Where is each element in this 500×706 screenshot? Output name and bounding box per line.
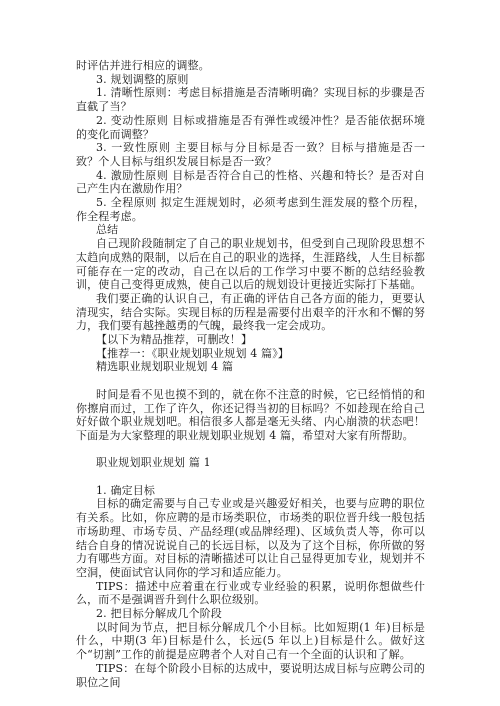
paragraph: 4. 激励性原则 目标是否符合自己的性格、兴趣和特长？是否对自己产生内在激励作用… xyxy=(76,169,425,196)
paragraph: 自己现阶段随制定了自己的职业规划书，但受到自己现阶段思想不太趋向成熟的限制，以后… xyxy=(76,237,425,292)
paragraph: TIPS：描述中应着重在行业或专业经验的积累，说明你想做些什么，而不是强调晋升到… xyxy=(76,580,425,607)
paragraph: 我们要正确的认识自己，有正确的评估自己各方面的能力，更要认清现实，结合实际。实现… xyxy=(76,292,425,333)
blank-line xyxy=(76,470,425,484)
paragraph: 1. 确定目标 xyxy=(76,484,425,498)
paragraph: 【推荐一：《职业规划职业规划 4 篇》】 xyxy=(76,347,425,361)
paragraph: 【以下为精品推荐，可删改！】 xyxy=(76,333,425,347)
paragraph: 3. 一致性原则 主要目标与分目标是否一致？目标与措施是否一致？个人目标与组织发… xyxy=(76,141,425,168)
paragraph: 总结 xyxy=(76,223,425,237)
paragraph: 3. 规划调整的原则 xyxy=(76,73,425,87)
paragraph: 时评估并进行相应的调整。 xyxy=(76,59,425,73)
paragraph: 目标的确定需要与自己专业或是兴趣爱好相关，也要与应聘的职位有关系。比如，你应聘的… xyxy=(76,497,425,579)
paragraph: 2. 变动性原则 目标或措施是否有弹性或缓冲性？是否能依据环境的变化而调整？ xyxy=(76,114,425,141)
blank-line xyxy=(76,443,425,457)
paragraph: 职业规划职业规划 篇 1 xyxy=(76,456,425,470)
paragraph: 5. 全程原则 拟定生涯规划时，必须考虑到生涯发展的整个历程，作全程考虑。 xyxy=(76,196,425,223)
paragraph: TIPS：在每个阶段小目标的达成中，要说明达成目标与应聘公司的职位之间 xyxy=(76,662,425,689)
blank-line xyxy=(76,374,425,388)
document-page: 时评估并进行相应的调整。3. 规划调整的原则1. 清晰性原则：考虑目标措施是否清… xyxy=(76,59,425,689)
paragraph: 1. 清晰性原则：考虑目标措施是否清晰明确？实现目标的步骤是否直截了当？ xyxy=(76,86,425,113)
paragraph: 精选职业规划职业规划 4 篇 xyxy=(76,360,425,374)
paragraph: 时间是看不见也摸不到的，就在你不注意的时候，它已经悄悄的和你擦肩而过，工作了许久… xyxy=(76,388,425,443)
paragraph: 2. 把目标分解成几个阶段 xyxy=(76,607,425,621)
paragraph: 以时间为节点，把目标分解成几个小目标。比如短期(1 年)目标是什么，中期(3 年… xyxy=(76,621,425,662)
